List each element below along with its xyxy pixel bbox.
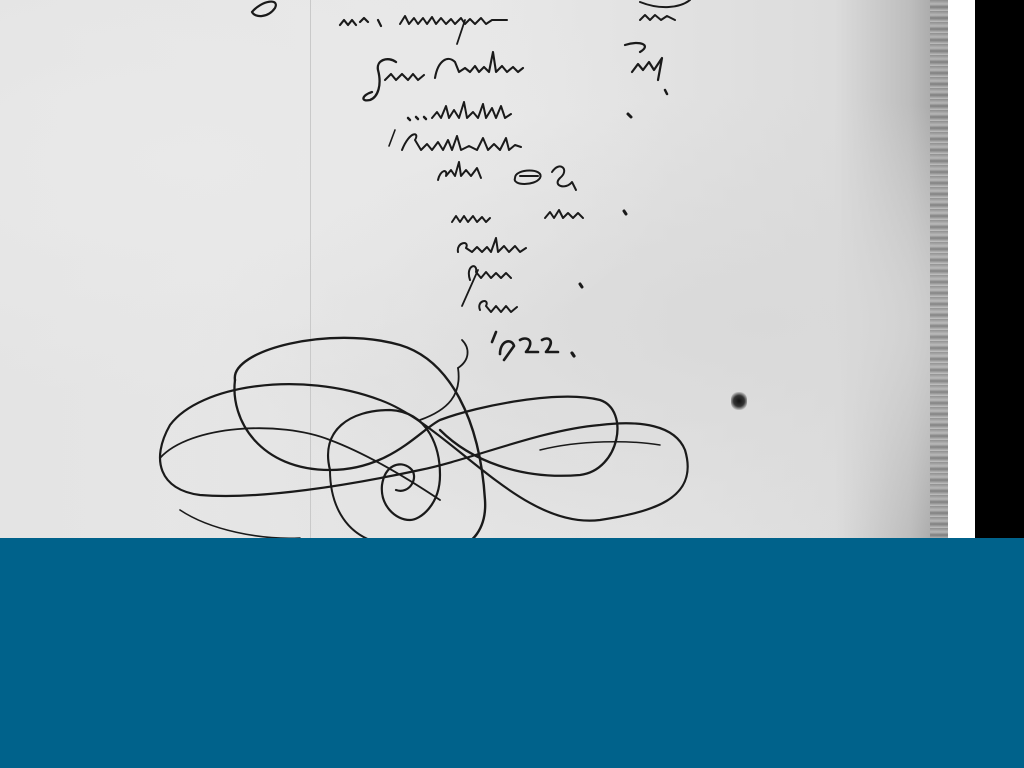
manuscript-image: 1722: [0, 0, 975, 538]
ink-blot: [731, 392, 747, 410]
scan-white-margin: [948, 0, 975, 538]
right-black-border: [975, 0, 1024, 538]
footer-color-band: [0, 538, 1024, 768]
handwriting-ink: [0, 0, 948, 538]
